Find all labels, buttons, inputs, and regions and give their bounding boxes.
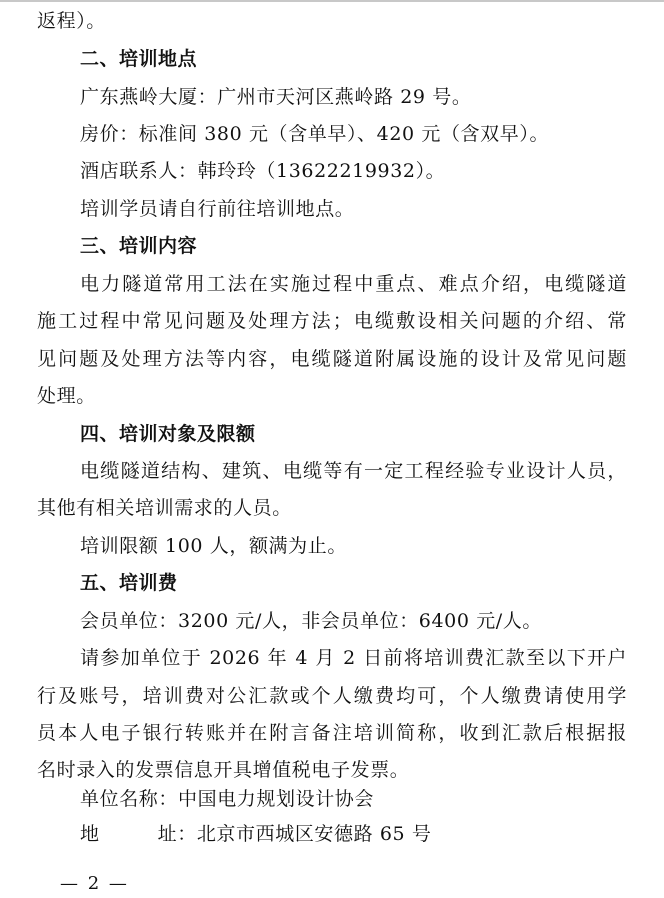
address-label-right: 址： (158, 822, 197, 846)
address-label-left: 地 (80, 822, 100, 846)
payment-paragraph-line-4: 名时录入的发票信息开具增值税电子发票。 (37, 758, 627, 782)
content-paragraph-line-1: 电力隧道常用工法在实施过程中重点、难点介绍，电缆隧道 (80, 272, 627, 296)
address-value: 北京市西城区安德路 65 号 (197, 823, 432, 845)
section-heading-audience: 四、培训对象及限额 (80, 422, 627, 446)
section-heading-fees: 五、培训费 (80, 571, 627, 595)
document-page: 返程）。 二、培训地点 广东燕岭大厦：广州市天河区燕岭路 29 号。 房价：标准… (0, 2, 664, 898)
room-price-line: 房价：标准间 380 元（含单早）、420 元（含双早）。 (80, 122, 627, 146)
payment-paragraph-line-2: 行及账号，培训费对公汇款或个人缴费均可，个人缴费请使用学 (37, 684, 627, 708)
payee-name-line: 单位名称：中国电力规划设计协会 (80, 787, 627, 811)
audience-paragraph-line-2: 其他有相关培训需求的人员。 (37, 496, 627, 520)
travel-note-line: 培训学员请自行前往培训地点。 (80, 197, 627, 221)
section-heading-venue: 二、培训地点 (80, 47, 627, 71)
audience-paragraph-line-1: 电缆隧道结构、建筑、电缆等有一定工程经验专业设计人员， (80, 459, 627, 483)
payee-address-line: 地址：北京市西城区安德路 65 号 (80, 822, 627, 846)
content-paragraph-line-4: 处理。 (37, 384, 627, 408)
hotel-contact-line: 酒店联系人：韩玲玲（13622219932）。 (80, 159, 627, 183)
paragraph-continuation: 返程）。 (37, 9, 627, 33)
payment-paragraph-line-3: 员本人电子银行转账并在附言备注培训简称，收到汇款后根据报 (37, 721, 627, 745)
fee-amount-line: 会员单位：3200 元/人，非会员单位：6400 元/人。 (80, 609, 627, 633)
section-heading-content: 三、培训内容 (80, 234, 627, 258)
content-paragraph-line-2: 施工过程中常见问题及处理方法；电缆敷设相关问题的介绍、常 (37, 309, 627, 333)
payment-paragraph-line-1: 请参加单位于 2026 年 4 月 2 日前将培训费汇款至以下开户 (80, 646, 627, 670)
content-paragraph-line-3: 见问题及处理方法等内容，电缆隧道附属设施的设计及常见问题 (37, 347, 627, 371)
venue-address-line: 广东燕岭大厦：广州市天河区燕岭路 29 号。 (80, 85, 627, 109)
quota-line: 培训限额 100 人，额满为止。 (80, 534, 627, 558)
page-number: — 2 — (60, 873, 129, 895)
